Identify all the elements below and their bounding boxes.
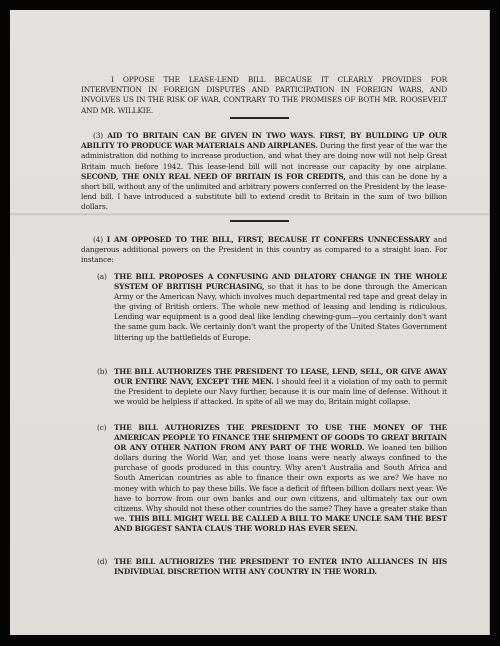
point-4-number: (4)	[93, 235, 103, 244]
intro-paragraph: I OPPOSE THE LEASE-LEND BILL BECAUSE IT …	[81, 75, 447, 116]
point-4a-paragraph: (a)THE BILL PROPOSES A CONFUSING AND DIL…	[114, 272, 447, 343]
point-4-paragraph: (4) I AM OPPOSED TO THE BILL, FIRST, BEC…	[81, 235, 447, 266]
point-4d-label: (d)	[97, 557, 107, 567]
separator-rule	[230, 220, 289, 222]
point-3-heading-2: SECOND, THE ONLY REAL NEED OF BRITAIN IS…	[81, 172, 346, 181]
page-fold-line	[10, 213, 489, 216]
point-4d-heading: THE BILL AUTHORIZES THE PRESIDENT TO ENT…	[114, 557, 447, 576]
document-page: I OPPOSE THE LEASE-LEND BILL BECAUSE IT …	[10, 10, 490, 635]
point-4d-paragraph: (d)THE BILL AUTHORIZES THE PRESIDENT TO …	[114, 557, 447, 577]
point-4c-paragraph: (c)THE BILL AUTHORIZES THE PRESIDENT TO …	[114, 423, 447, 534]
intro-text: I OPPOSE THE LEASE-LEND BILL BECAUSE IT …	[81, 75, 447, 115]
point-4c-closing: THIS BILL MIGHT WELL BE CALLED A BILL TO…	[114, 514, 447, 533]
point-3-paragraph: (3) AID TO BRITAIN CAN BE GIVEN IN TWO W…	[81, 131, 447, 213]
separator-rule	[230, 117, 289, 119]
point-4-heading: I AM OPPOSED TO THE BILL, FIRST, BECAUSE…	[107, 235, 430, 244]
point-4b-label: (b)	[97, 367, 107, 377]
point-4c-body: We loaned ten billion dollars during the…	[114, 443, 447, 523]
point-4a-label: (a)	[97, 272, 107, 282]
point-4b-paragraph: (b)THE BILL AUTHORIZES THE PRESIDENT TO …	[114, 367, 447, 407]
point-4c-label: (c)	[97, 423, 106, 433]
point-3-number: (3)	[93, 131, 103, 140]
